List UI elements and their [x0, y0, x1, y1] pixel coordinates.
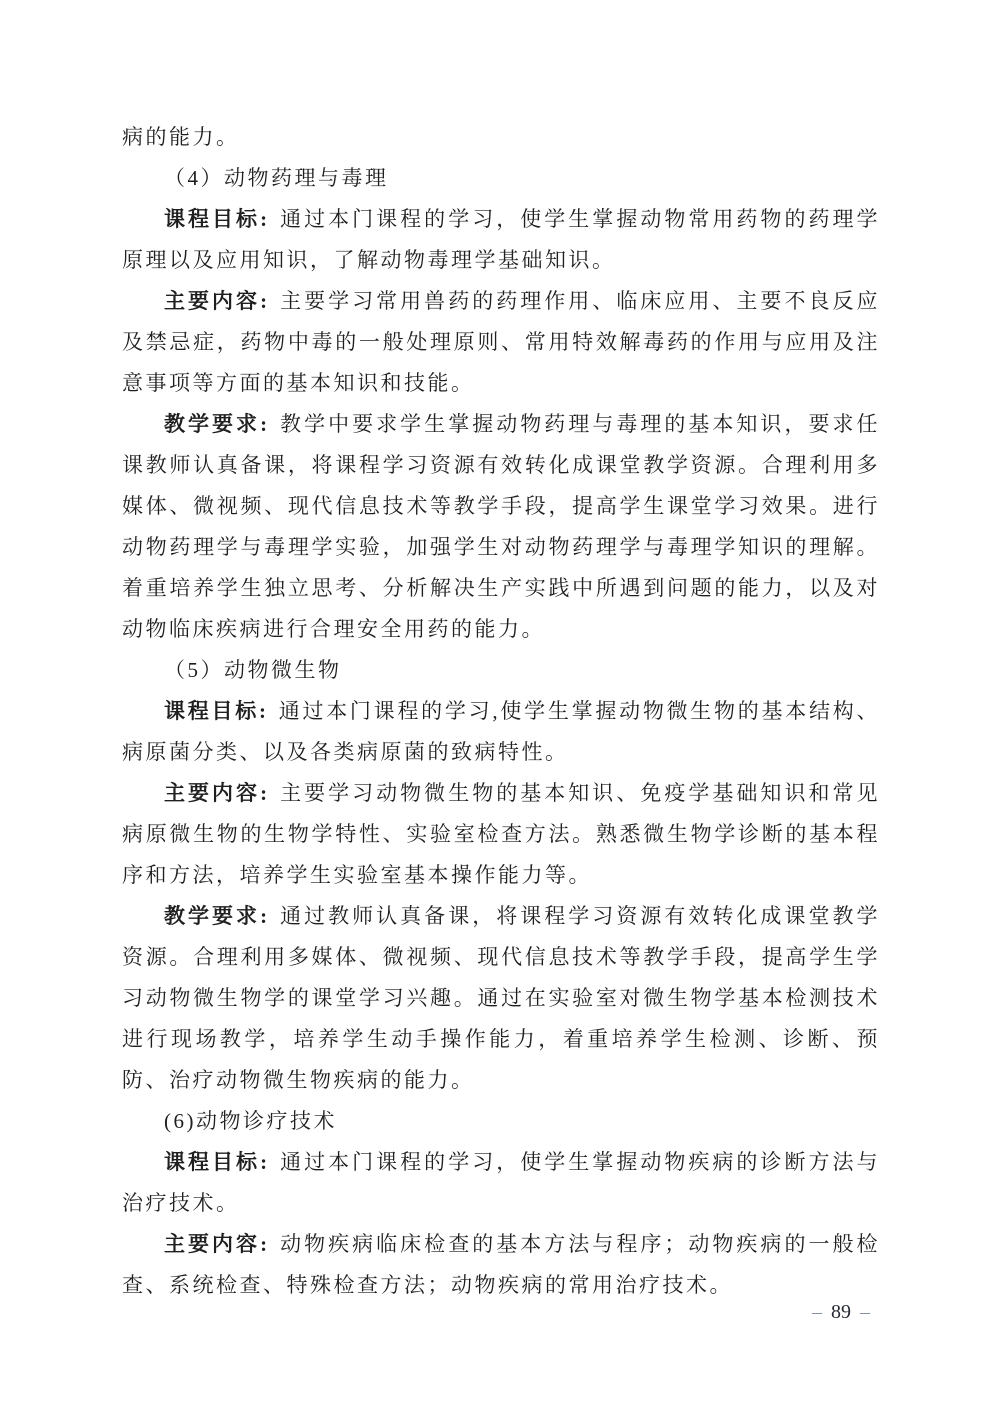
page-number: 89 — [831, 1301, 851, 1323]
teaching-requirement-5: 教学要求:通过教师认真备课，将课程学习资源有效转化成课堂教学资源。合理利用多媒体… — [122, 896, 880, 1101]
teaching-requirement-4: 教学要求:教学中要求学生掌握动物药理与毒理的基本知识，要求任课教师认真备课，将课… — [122, 404, 880, 650]
paragraph-label: 教学要求: — [164, 412, 270, 436]
document-page: 病的能力。 （4）动物药理与毒理 课程目标:通过本门课程的学习，使学生掌握动物常… — [0, 0, 1000, 1414]
course-objective-6: 课程目标:通过本门课程的学习，使学生掌握动物疾病的诊断方法与治疗技术。 — [122, 1142, 880, 1224]
paragraph-label: 课程目标: — [164, 699, 268, 723]
course-objective-5: 课程目标:通过本门课程的学习,使学生掌握动物微生物的基本结构、病原菌分类、以及各… — [122, 691, 880, 773]
section-heading-6: (6)动物诊疗技术 — [122, 1101, 880, 1142]
section-heading-4: （4）动物药理与毒理 — [122, 158, 880, 199]
paragraph-label: 主要内容: — [164, 1232, 270, 1256]
footer-right-dash: – — [860, 1301, 870, 1323]
heading-text: （4）动物药理与毒理 — [164, 166, 389, 190]
main-content-5: 主要内容:主要学习动物微生物的基本知识、免疫学基础知识和常见病原微生物的生物学特… — [122, 773, 880, 896]
paragraph-label: 主要内容: — [164, 781, 270, 805]
page-footer: –89– — [812, 1298, 870, 1326]
paragraph-label: 课程目标: — [164, 1150, 270, 1174]
paragraph-text: 通过教师认真备课，将课程学习资源有效转化成课堂教学资源。合理利用多媒体、微视频、… — [122, 904, 880, 1092]
course-objective-4: 课程目标:通过本门课程的学习，使学生掌握动物常用药物的药理学原理以及应用知识，了… — [122, 199, 880, 281]
paragraph-label: 主要内容: — [164, 289, 270, 313]
paragraph-label: 教学要求: — [164, 904, 270, 928]
heading-text: （5）动物微生物 — [164, 658, 342, 682]
section-heading-5: （5）动物微生物 — [122, 650, 880, 691]
continuation-paragraph: 病的能力。 — [122, 117, 880, 158]
heading-text: (6)动物诊疗技术 — [164, 1109, 337, 1133]
main-content-6: 主要内容:动物疾病临床检查的基本方法与程序；动物疾病的一般检查、系统检查、特殊检… — [122, 1224, 880, 1306]
page-body: 病的能力。 （4）动物药理与毒理 课程目标:通过本门课程的学习，使学生掌握动物常… — [122, 117, 880, 1306]
main-content-4: 主要内容:主要学习常用兽药的药理作用、临床应用、主要不良反应及禁忌症，药物中毒的… — [122, 281, 880, 404]
paragraph-text: 教学中要求学生掌握动物药理与毒理的基本知识，要求任课教师认真备课，将课程学习资源… — [122, 412, 880, 641]
paragraph-text: 病的能力。 — [122, 125, 240, 149]
paragraph-label: 课程目标: — [164, 207, 270, 231]
footer-left-dash: – — [812, 1301, 822, 1323]
